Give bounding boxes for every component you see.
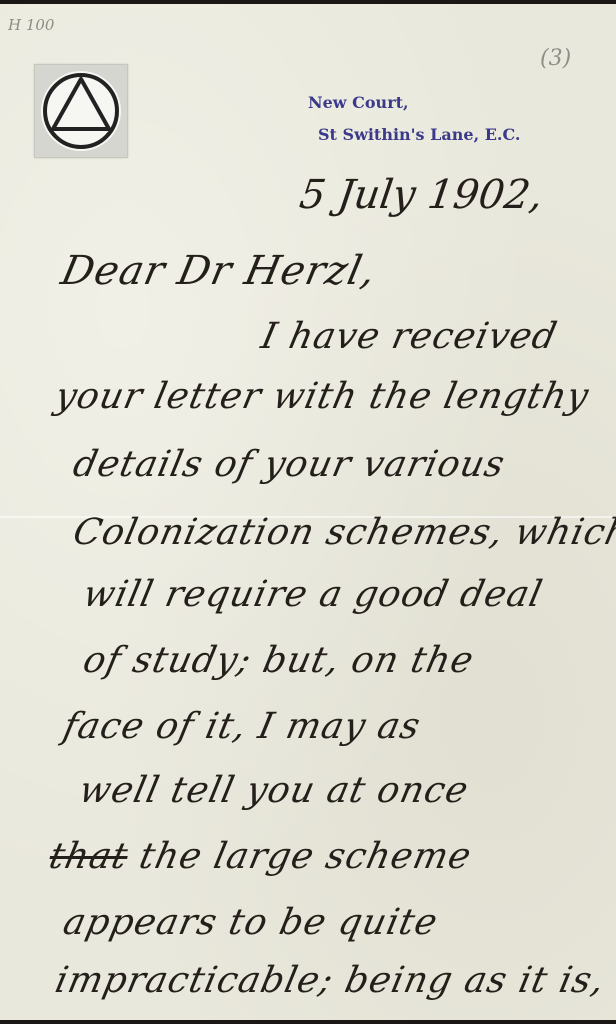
body-line-10: appears to be quite xyxy=(60,902,442,943)
body-line-9: that the large scheme xyxy=(46,836,476,877)
body-line-7: face of it, I may as xyxy=(60,706,425,747)
body-line-4: Colonization schemes, which xyxy=(70,512,616,553)
body-line-2: your letter with the lengthy xyxy=(52,376,593,417)
letterhead-line1: New Court, xyxy=(300,92,521,114)
body-line-3: details of your various xyxy=(70,444,509,485)
body-line-6: of study; but, on the xyxy=(80,640,478,681)
body-line-9-rest: the large scheme xyxy=(136,836,476,877)
body-line-8: well tell you at once xyxy=(76,770,473,811)
circle-triangle-stamp-icon xyxy=(34,64,128,158)
body-line-11: impracticable; being as it is, xyxy=(52,960,609,1001)
body-line-5: will require a good deal xyxy=(80,574,547,615)
letter-page: H 100 (3) New Court, St Swithin's Lane, … xyxy=(0,4,616,1020)
letterhead-line2: St Swithin's Lane, E.C. xyxy=(300,124,521,146)
letter-date: 5 July 1902, xyxy=(297,172,546,218)
salutation: Dear Dr Herzl, xyxy=(57,248,380,294)
struck-word: that xyxy=(46,836,132,877)
body-line-1: I have received xyxy=(258,316,561,357)
archive-number: H 100 xyxy=(8,16,54,34)
letterhead: New Court, St Swithin's Lane, E.C. xyxy=(300,92,521,146)
page-number: (3) xyxy=(540,46,571,71)
